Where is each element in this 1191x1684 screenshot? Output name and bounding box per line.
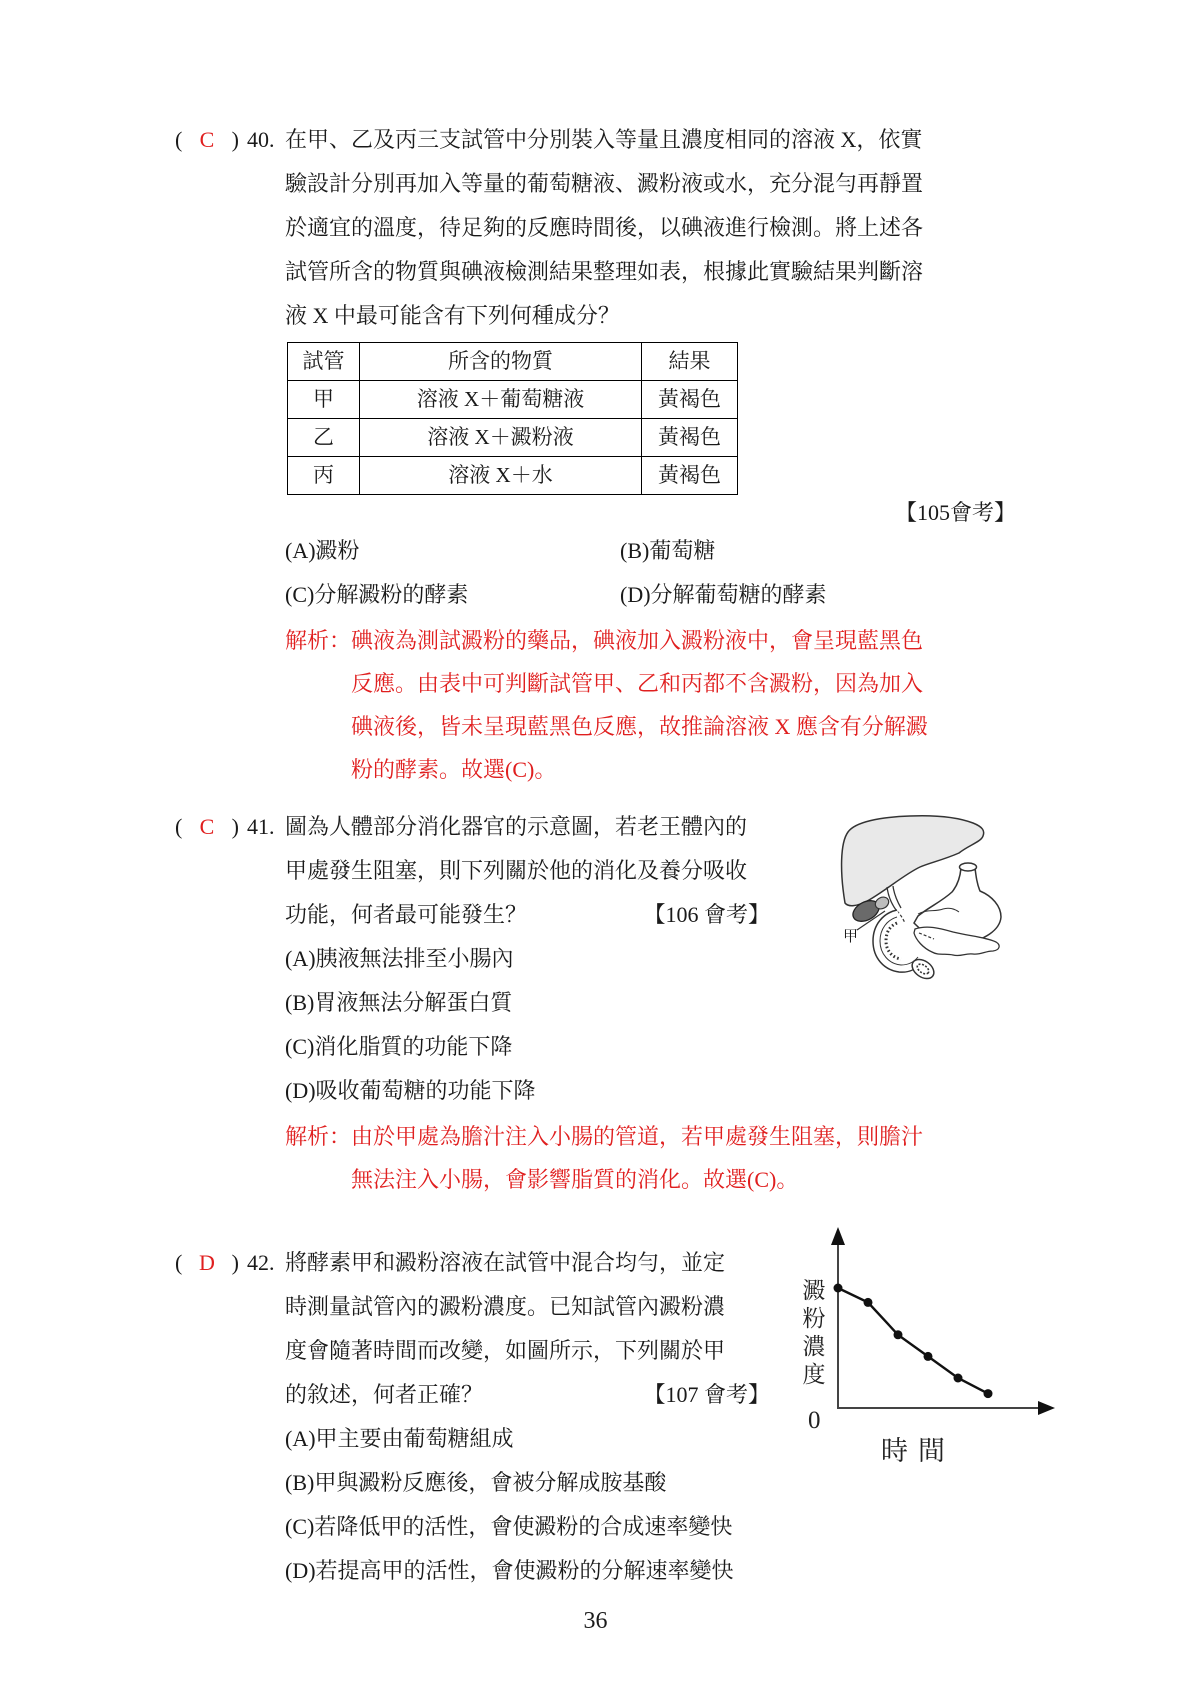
table-cell: 乙 <box>288 419 360 457</box>
digestive-diagram-svg: 甲 <box>835 811 1015 991</box>
explanation-40: 解析： 碘液為測試澱粉的藥品，碘液加入澱粉液中，會呈現藍黑色 反應。由表中可判斷… <box>285 619 1020 791</box>
option-a: (A)澱粉 <box>285 529 620 573</box>
exam-page: (C) 40. 在甲、乙及丙三支試管中分別裝入等量且濃度相同的溶液 X，依實 驗… <box>0 0 1191 1684</box>
table-header-contents: 所含的物質 <box>360 343 642 381</box>
paren-open: ( <box>175 1241 182 1285</box>
paren-close: ) <box>232 1241 239 1285</box>
question-40: (C) 40. 在甲、乙及丙三支試管中分別裝入等量且濃度相同的溶液 X，依實 驗… <box>175 118 1020 791</box>
question-body-40: 在甲、乙及丙三支試管中分別裝入等量且濃度相同的溶液 X，依實 驗設計分別再加入等… <box>285 118 1020 791</box>
y-axis-label: 澱粉濃度 <box>801 1277 827 1389</box>
explanation-label: 解析： <box>285 1115 351 1201</box>
table-row: 乙 溶液 X＋澱粉液 黃褐色 <box>288 419 738 457</box>
table-row: 甲 溶液 X＋葡萄糖液 黃褐色 <box>288 381 738 419</box>
explanation-label: 解析： <box>285 619 351 791</box>
answer-mark-41: (C) <box>175 805 239 1201</box>
x-axis-arrow <box>1038 1401 1055 1415</box>
table-row: 丙 溶液 X＋水 黃褐色 <box>288 457 738 495</box>
option-d: (D)若提高甲的活性，會使澱粉的分解速率變快 <box>285 1549 1020 1593</box>
table-cell: 黃褐色 <box>642 419 738 457</box>
question-stem-40: 在甲、乙及丙三支試管中分別裝入等量且濃度相同的溶液 X，依實 驗設計分別再加入等… <box>285 118 1020 338</box>
option-b: (B)葡萄糖 <box>620 529 1020 573</box>
bile-duct-label: 甲 <box>843 928 858 945</box>
table-header-row: 試管 所含的物質 結果 <box>288 343 738 381</box>
table-header-tube: 試管 <box>288 343 360 381</box>
answer-mark-42: (D) <box>175 1241 239 1593</box>
table-header-result: 結果 <box>642 343 738 381</box>
bile-duct-line <box>893 886 901 908</box>
explanation-text: 碘液為測試澱粉的藥品，碘液加入澱粉液中，會呈現藍黑色 反應。由表中可判斷試管甲、… <box>351 619 1020 791</box>
question-number-42: 42. <box>247 1241 285 1593</box>
paren-open: ( <box>175 118 182 162</box>
page-content: (C) 40. 在甲、乙及丙三支試管中分別裝入等量且濃度相同的溶液 X，依實 驗… <box>175 118 1020 1607</box>
question-body-42: 將酵素甲和澱粉溶液在試管中混合均勻，並定 時測量試管內的澱粉濃度。已知試管內澱粉… <box>285 1241 1020 1593</box>
table-cell: 黃褐色 <box>642 457 738 495</box>
chart-series <box>834 1284 993 1399</box>
paren-close: ) <box>232 118 239 162</box>
digestive-diagram: 甲 <box>835 811 1015 991</box>
page-number: 36 <box>0 1608 1191 1635</box>
option-d: (D)分解葡萄糖的酵素 <box>620 573 1020 617</box>
answer-letter-40: C <box>200 118 215 162</box>
question-42: (D) 42. 將酵素甲和澱粉溶液在試管中混合均勻，並定 時測量試管內的澱粉濃度… <box>175 1241 1020 1593</box>
options-40: (A)澱粉 (B)葡萄糖 (C)分解澱粉的酵素 (D)分解葡萄糖的酵素 <box>285 529 1020 617</box>
origin-label: 0 <box>808 1399 821 1443</box>
esophagus-opening <box>960 863 977 871</box>
question-body-41: 圖為人體部分消化器官的示意圖，若老王體內的 甲處發生阻塞，則下列關於他的消化及養… <box>285 805 1020 1201</box>
question-number-40: 40. <box>247 118 285 791</box>
y-axis-arrow <box>831 1227 845 1245</box>
table-cell: 丙 <box>288 457 360 495</box>
exam-source-40: 【105會考】 <box>285 497 1020 529</box>
results-table: 試管 所含的物質 結果 甲 溶液 X＋葡萄糖液 黃褐色 乙 溶液 X＋澱粉液 <box>287 342 738 495</box>
question-number-41: 41. <box>247 805 285 1201</box>
paren-close: ) <box>232 805 239 849</box>
table-cell: 溶液 X＋水 <box>360 457 642 495</box>
table-cell: 甲 <box>288 381 360 419</box>
table-cell: 溶液 X＋澱粉液 <box>360 419 642 457</box>
answer-letter-41: C <box>200 805 215 849</box>
option-c: (C)分解澱粉的酵素 <box>285 573 620 617</box>
table-cell: 溶液 X＋葡萄糖液 <box>360 381 642 419</box>
option-c: (C)消化脂質的功能下降 <box>285 1025 1020 1069</box>
answer-mark-40: (C) <box>175 118 239 791</box>
table-cell: 黃褐色 <box>642 381 738 419</box>
starch-chart: 澱粉濃度 0 時間 <box>745 1183 1070 1473</box>
answer-letter-42: D <box>199 1241 215 1285</box>
option-d: (D)吸收葡萄糖的功能下降 <box>285 1069 1020 1113</box>
paren-open: ( <box>175 805 182 849</box>
exam-source-41: 【106 會考】 <box>643 893 770 937</box>
bile-duct-line <box>887 887 896 910</box>
x-axis-label: 時間 <box>881 1429 955 1473</box>
question-41: (C) 41. 圖為人體部分消化器官的示意圖，若老王體內的 甲處發生阻塞，則下列… <box>175 805 1020 1201</box>
option-c: (C)若降低甲的活性，會使澱粉的合成速率變快 <box>285 1505 1020 1549</box>
